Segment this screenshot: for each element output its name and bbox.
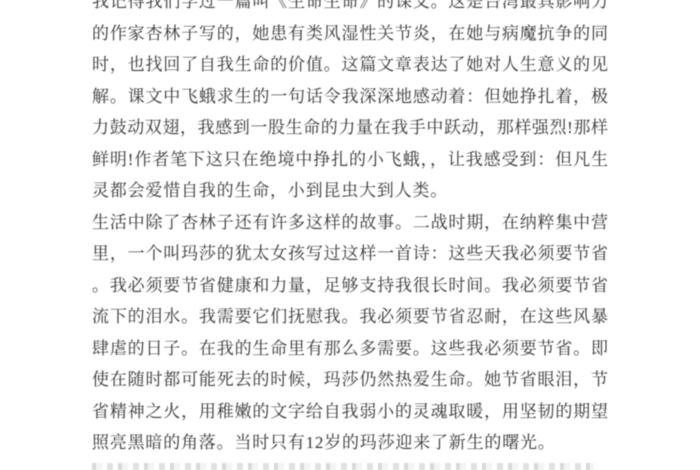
text-line-9: 里，一个叫玛莎的犹太女孩写过这样一首诗：这些天我必须要节省 <box>92 238 608 270</box>
clipped-bottom-text-line <box>92 463 594 470</box>
text-line-3: 时，也找回了自我生命的价值。这篇文章表达了她对人生意义的见 <box>92 49 608 81</box>
text-line-11: 流下的泪水。我需要它们抚慰我。我必须要节省忍耐，在这些风暴 <box>92 301 608 333</box>
essay-text-block: 我记得我们学过一篇叫《生命生命》的课文。这是台湾最具影响力 的作家杏林子写的，她… <box>92 0 608 459</box>
text-line-10: 。我必须要节省健康和力量，足够支持我很长时间。我必须要节省 <box>92 270 608 302</box>
text-line-7-paragraph-end: 灵都会爱惜自我的生命，小到昆虫大到人类。 <box>92 175 608 207</box>
text-line-12: 肆虐的日子。在我的生命里有那么多需要。这些我必须要节省。即 <box>92 333 608 365</box>
document-page: 我记得我们学过一篇叫《生命生命》的课文。这是台湾最具影响力 的作家杏林子写的，她… <box>0 0 700 470</box>
text-line-14: 省精神之火，用稚嫩的文字给自我弱小的灵魂取暖，用坚韧的期望 <box>92 396 608 428</box>
text-line-8: 生活中除了杏林子还有许多这样的故事。二战时期，在纳粹集中营 <box>92 207 608 239</box>
text-line-1: 我记得我们学过一篇叫《生命生命》的课文。这是台湾最具影响力 <box>92 0 608 18</box>
text-line-2: 的作家杏林子写的，她患有类风湿性关节炎，在她与病魔抗争的同 <box>92 18 608 50</box>
text-line-5: 力鼓动双翅，我感到一股生命的力量在我手中跃动，那样强烈!那样 <box>92 112 608 144</box>
text-line-4: 解。课文中飞蛾求生的一句话令我深深地感动着：但她挣扎着，极 <box>92 81 608 113</box>
text-line-13: 使在随时都可能死去的时候，玛莎仍然热爱生命。她节省眼泪，节 <box>92 364 608 396</box>
text-line-15-paragraph-end: 照亮黑暗的角落。当时只有12岁的玛莎迎来了新生的曙光。 <box>92 427 608 459</box>
text-line-6: 鲜明!作者笔下这只在绝境中挣扎的小飞蛾，，让我感受到：但凡生 <box>92 144 608 176</box>
